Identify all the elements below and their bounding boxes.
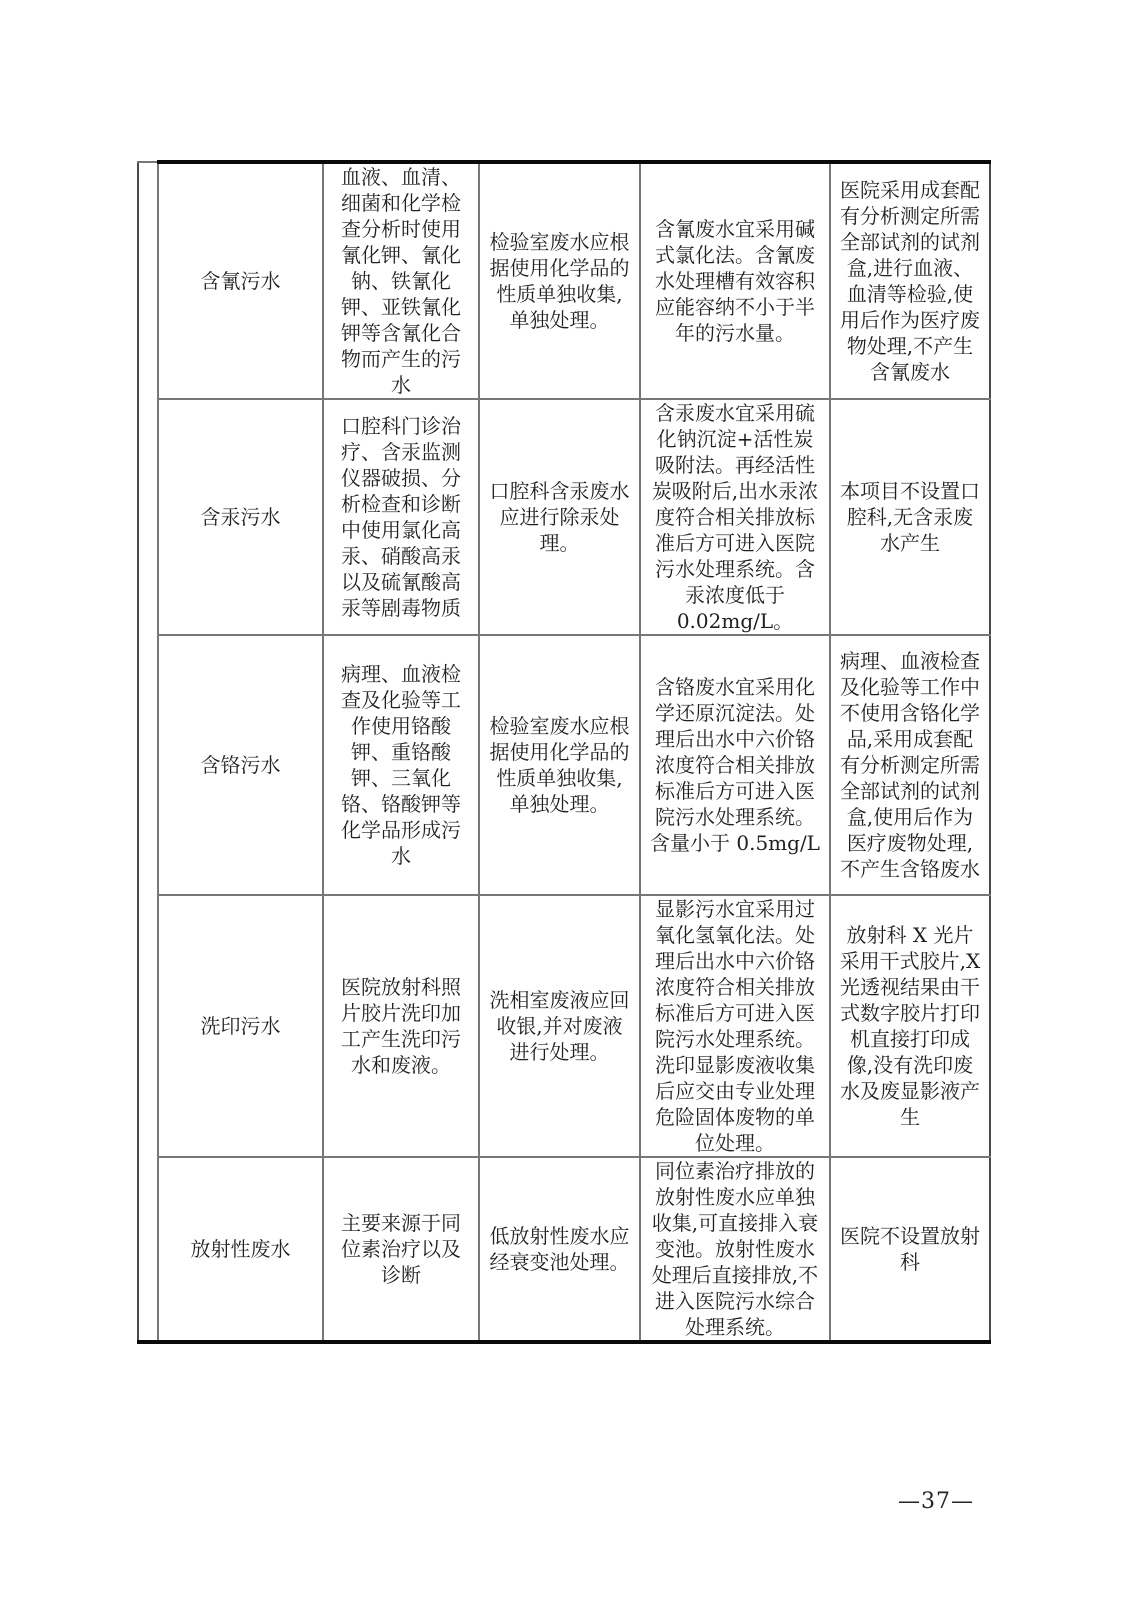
cell-source: 口腔科门诊治疗、含汞监测仪器破损、分析检查和诊断中使用氯化高汞、硝酸高汞以及硫氰…	[323, 399, 479, 635]
cell-wastewater-type: 放射性废水	[158, 1157, 323, 1342]
cell-collection: 口腔科含汞废水应进行除汞处理。	[479, 399, 640, 635]
table-row-radioactive: 放射性废水 主要来源于同位素治疗以及诊断 低放射性废水应经衰变池处理。 同位素治…	[138, 1157, 990, 1342]
table-row-chromium: 含铬污水 病理、血液检查及化验等工作使用铬酸钾、重铬酸钾、三氧化铬、铬酸钾等化学…	[138, 635, 990, 895]
cell-treatment: 含氰废水宜采用碱式氯化法。含氰废水处理槽有效容积应能容纳不小于半年的污水量。	[640, 162, 830, 399]
wastewater-treatment-table: 含氰污水 血液、血清、细菌和化学检查分析时使用氰化钾、氰化钠、铁氰化钾、亚铁氰化…	[137, 160, 991, 1344]
cell-treatment: 含铬废水宜采用化学还原沉淀法。处理后出水中六价铬浓度符合相关排放标准后方可进入医…	[640, 635, 830, 895]
cell-collection: 低放射性废水应经衰变池处理。	[479, 1157, 640, 1342]
cell-collection: 洗相室废液应回收银,并对废液进行处理。	[479, 895, 640, 1157]
cell-treatment: 同位素治疗排放的放射性废水应单独收集,可直接排入衰变池。放射性废水处理后直接排放…	[640, 1157, 830, 1342]
cell-wastewater-type: 含铬污水	[158, 635, 323, 895]
table-row-mercury: 含汞污水 口腔科门诊治疗、含汞监测仪器破损、分析检查和诊断中使用氯化高汞、硝酸高…	[138, 399, 990, 635]
cell-treatment: 显影污水宜采用过氧化氢氧化法。处理后出水中六价铬浓度符合相关排放标准后方可进入医…	[640, 895, 830, 1157]
document-page: 含氰污水 血液、血清、细菌和化学检查分析时使用氰化钾、氰化钠、铁氰化钾、亚铁氰化…	[0, 0, 1131, 1600]
cell-project-note: 病理、血液检查及化验等工作中不使用含铬化学品,采用成套配有分析测定所需全部试剂的…	[830, 635, 990, 895]
cell-project-note: 放射科 X 光片采用干式胶片,X 光透视结果由干式数字胶片打印机直接打印成像,没…	[830, 895, 990, 1157]
cell-wastewater-type: 含氰污水	[158, 162, 323, 399]
cell-collection: 检验室废水应根据使用化学品的性质单独收集,单独处理。	[479, 635, 640, 895]
page-number: —37—	[898, 1489, 974, 1514]
cell-wastewater-type: 含汞污水	[158, 399, 323, 635]
cell-source: 血液、血清、细菌和化学检查分析时使用氰化钾、氰化钠、铁氰化钾、亚铁氰化钾等含氰化…	[323, 162, 479, 399]
table-row-cyanide: 含氰污水 血液、血清、细菌和化学检查分析时使用氰化钾、氰化钠、铁氰化钾、亚铁氰化…	[138, 162, 990, 399]
cell-source: 主要来源于同位素治疗以及诊断	[323, 1157, 479, 1342]
cell-project-note: 本项目不设置口腔科,无含汞废水产生	[830, 399, 990, 635]
table-row-photo-developing: 洗印污水 医院放射科照片胶片洗印加工产生洗印污水和废液。 洗相室废液应回收银,并…	[138, 895, 990, 1157]
cell-source: 医院放射科照片胶片洗印加工产生洗印污水和废液。	[323, 895, 479, 1157]
continued-rowspan-cell	[138, 162, 158, 1342]
cell-source: 病理、血液检查及化验等工作使用铬酸钾、重铬酸钾、三氧化铬、铬酸钾等化学品形成污水	[323, 635, 479, 895]
cell-project-note: 医院不设置放射科	[830, 1157, 990, 1342]
cell-project-note: 医院采用成套配有分析测定所需全部试剂的试剂盒,进行血液、血清等检验,使用后作为医…	[830, 162, 990, 399]
cell-treatment: 含汞废水宜采用硫化钠沉淀+活性炭吸附法。再经活性炭吸附后,出水汞浓度符合相关排放…	[640, 399, 830, 635]
cell-collection: 检验室废水应根据使用化学品的性质单独收集,单独处理。	[479, 162, 640, 399]
cell-wastewater-type: 洗印污水	[158, 895, 323, 1157]
